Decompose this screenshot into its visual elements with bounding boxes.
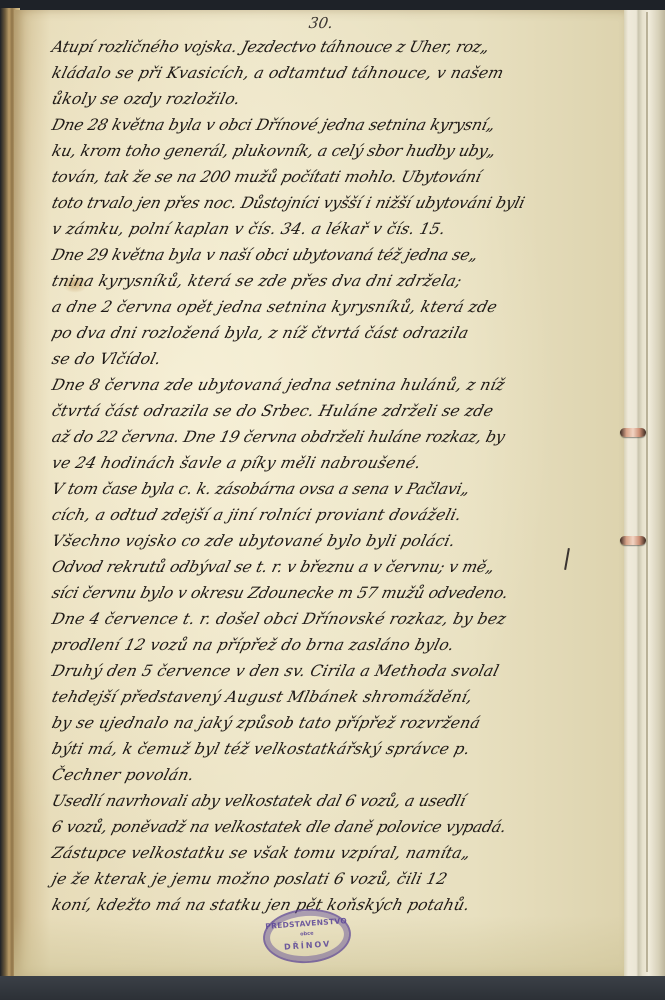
text-line: tnina kyrysníků, která se zde přes dva d…: [49, 268, 635, 294]
text-line: V tom čase byla c. k. zásobárna ovsa a s…: [49, 476, 635, 502]
text-line: tehdejší představený August Mlbánek shro…: [49, 684, 635, 710]
text-line: cích, a odtud zdejší a jiní rolníci prov…: [49, 502, 635, 528]
text-line: Čechner povolán.: [49, 762, 635, 788]
text-line: Zástupce velkostatku se však tomu vzpíra…: [49, 840, 635, 866]
text-line: Druhý den 5 července v den sv. Cirila a …: [49, 658, 635, 684]
top-shadow: [0, 0, 665, 10]
text-line: Atupí rozličného vojska. Jezdectvo táhno…: [49, 34, 635, 60]
text-line: Všechno vojsko co zde ubytované bylo byl…: [49, 528, 635, 554]
text-line: v zámku, polní kaplan v čís. 34. a lékař…: [49, 216, 635, 242]
text-line: a dne 2 června opět jedna setnina kyrysn…: [49, 294, 635, 320]
stamp-bottom-text: DŘÍNOV: [265, 938, 349, 953]
text-line: koní, kdežto má na statku jen pět koňský…: [49, 892, 635, 918]
text-line: toto trvalo jen přes noc. Důstojníci vyš…: [49, 190, 635, 216]
text-line: ve 24 hodinách šavle a píky měli nabrouš…: [49, 450, 635, 476]
text-line: ůkoly se ozdy rozložilo.: [49, 86, 635, 112]
text-line: se do Vlčídol.: [49, 346, 635, 372]
text-line: býti má, k čemuž byl též velkostatkářský…: [49, 736, 635, 762]
text-line: Usedlí navrhovali aby velkostatek dal 6 …: [49, 788, 635, 814]
text-line: Dne 28 května byla v obci Dřínové jedna …: [49, 112, 635, 138]
scanned-page: 30. Atupí rozličného vojska. Jezdectvo t…: [0, 0, 665, 1000]
page-number: 30.: [308, 14, 334, 32]
text-line: až do 22 června. Dne 19 června obdrželi …: [49, 424, 635, 450]
text-line: čtvrtá část odrazila se do Srbec. Huláne…: [49, 398, 635, 424]
handwritten-text: Atupí rozličného vojska. Jezdectvo táhno…: [49, 34, 629, 918]
text-line: Odvod rekrutů odbýval se t. r. v březnu …: [49, 554, 635, 580]
text-line: je že kterak je jemu možno poslati 6 voz…: [49, 866, 635, 892]
text-line: Dne 8 června zde ubytovaná jedna setnina…: [49, 372, 635, 398]
text-line: ku, krom toho generál, plukovník, a celý…: [49, 138, 635, 164]
text-line: tován, tak že se na 200 mužů počítati mo…: [49, 164, 635, 190]
text-line: 6 vozů, poněvadž na velkostatek dle daně…: [49, 814, 635, 840]
bottom-shadow: [0, 976, 665, 1000]
gutter-fold-line: [646, 12, 648, 972]
text-line: síci červnu bylo v okresu Zdounecke m 57…: [49, 580, 635, 606]
text-line: prodlení 12 vozů na přípřež do brna zasl…: [49, 632, 635, 658]
text-line: by se ujednalo na jaký způsob tato přípř…: [49, 710, 635, 736]
text-line: Dne 4 července t. r. došel obci Dřínovsk…: [49, 606, 635, 632]
text-line: kládalo se při Kvasicích, a odtamtud táh…: [49, 60, 635, 86]
text-line: po dva dni rozložená byla, z níž čtvrtá …: [49, 320, 635, 346]
text-line: Dne 29 května byla v naší obci ubytovaná…: [49, 242, 635, 268]
